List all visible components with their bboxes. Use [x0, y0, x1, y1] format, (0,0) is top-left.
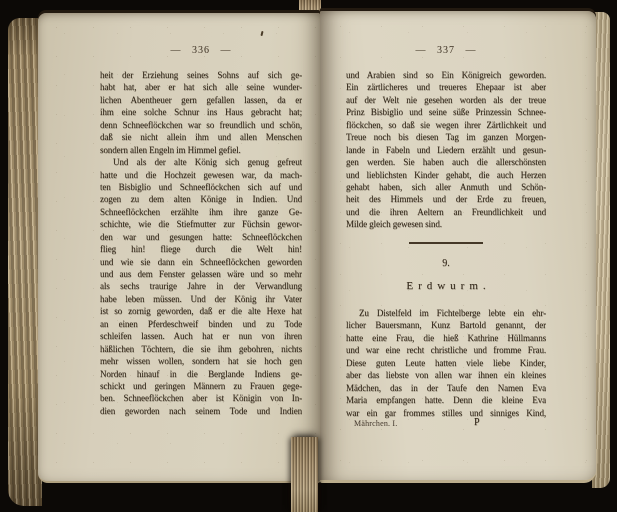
text-line: ten Bisbiglio und Schneeflöckchen sich a… — [100, 181, 302, 193]
text-line: habt hat, aber er hat sich alle seine wu… — [100, 81, 302, 93]
signature-mark: P — [474, 417, 480, 428]
text-line: denn Schneeflöckchen war so freundlich u… — [100, 119, 302, 131]
page-number-left: — 336 — — [100, 45, 302, 56]
text-line: habe leben müssen. Und der König ihr Vat… — [100, 293, 302, 305]
text-line: Zu Distelfeld im Fichtelberge lebte ein … — [346, 307, 546, 319]
text-line: lande in Fabeln und Liedern erzählt und … — [346, 144, 546, 156]
text-line: als sechs traurige Jahre in der Verwandl… — [100, 280, 302, 292]
text-line: Diese guten Leute hatten viele liebe Kin… — [346, 357, 546, 369]
text-line: an einen Pferdeschweif binden und zu Tod… — [100, 318, 302, 330]
section-title: Erdwurm. — [346, 280, 546, 292]
text-line: häßlichen Töchtern, die sie ihm gebohren… — [100, 343, 302, 355]
section-number: 9. — [346, 258, 546, 269]
text-line: auf der Welt nie gesehen worden als der … — [346, 94, 546, 106]
page-text-right-bottom: Zu Distelfeld im Fichtelberge lebte ein … — [346, 307, 546, 419]
text-line: Ein zärtlicheres und treueres Ehepaar is… — [346, 81, 546, 93]
book-scan: — 336 — heit der Erziehung seines Sohns … — [0, 0, 617, 512]
text-line: den war und gesungen hatte: Schneeflöckc… — [100, 231, 302, 243]
text-line: und Arabien sind so Ein Königreich gewor… — [346, 69, 546, 81]
text-line: und aus dem Fenster gelassen wäre und so… — [100, 268, 302, 280]
text-line: dien geworden nach seinem Tode und Indie… — [100, 405, 302, 417]
page-footer: Mährchen. I. P — [346, 417, 546, 430]
text-line: Maria empfangen hatte. Denn die kleine E… — [346, 394, 546, 406]
text-line: und die ihren Aeltern an Freundlichkeit … — [346, 206, 546, 218]
text-line: zogen zu dem alten Könige in Indien. Und — [100, 193, 302, 205]
text-line: und wie sie dann ein Schneeflöckchen gew… — [100, 256, 302, 268]
running-title: Mährchen. I. — [354, 419, 398, 428]
text-line: schichte, wie die Stiefmutter zur Füchsi… — [100, 218, 302, 230]
text-line: ist so zornig geworden, daß er die alte … — [100, 305, 302, 317]
section-divider — [409, 242, 483, 244]
text-line: mehr wissen wollen, sondern hat sie hoch… — [100, 355, 302, 367]
text-line: Schneeflöckchen erzählte ihm ihre ganze … — [100, 206, 302, 218]
text-line: aber das liebste von allen war ihnen ein… — [346, 369, 546, 381]
page-text-right-top: und Arabien sind so Ein Königreich gewor… — [346, 69, 546, 231]
text-line: hatte eine Frau, die hieß Kathrine Hüllm… — [346, 332, 546, 344]
page-right: — 337 — und Arabien sind so Ein Königrei… — [320, 11, 596, 483]
text-line: flöckchen, so daß sie wegen ihrer Zärtli… — [346, 119, 546, 131]
text-line: und lieblichsten Kinder gehabt, die auch… — [346, 169, 546, 181]
text-line: heit des Himmels und der Erde zu freuen, — [346, 193, 546, 205]
text-line: ben. Schneeflöckchen aber ist Königin vo… — [100, 392, 302, 404]
text-line: schickt und geringen Männern zu Frauen g… — [100, 380, 302, 392]
text-line: Mädchen, das in der Taufe den Namen Eva — [346, 382, 546, 394]
text-line: Und als der alte König sich genug gefreu… — [100, 156, 302, 168]
text-line: und war eine recht christliche und fromm… — [346, 344, 546, 356]
book-strap-bottom — [291, 437, 318, 512]
text-line: heit der Erziehung seines Sohns auf sich… — [100, 69, 302, 81]
text-line: gen werden. Sie haben auch die allerschö… — [346, 156, 546, 168]
text-line: Norden hinauf in die Berglande Indiens g… — [100, 368, 302, 380]
page-left: — 336 — heit der Erziehung seines Sohns … — [38, 13, 320, 483]
text-line: hatte und die Hochzeit gewesen war, da m… — [100, 169, 302, 181]
text-line: ihm eine solche Schnur ins Haus gebracht… — [100, 106, 302, 118]
page-number-right: — 337 — — [346, 45, 546, 56]
text-line: Treue noch bis diesen Tag im ganzen Morg… — [346, 131, 546, 143]
text-line: gehabt haben, sich aller Anmuth und Schö… — [346, 181, 546, 193]
text-line: Prinz Bisbiglio und seine süße Prinzessi… — [346, 106, 546, 118]
text-line: schleifen lassen. Auch hat er nun von ih… — [100, 330, 302, 342]
page-text-left: heit der Erziehung seines Sohns auf sich… — [100, 69, 302, 417]
text-line: daß sie nicht allein ihm und allen Mensc… — [100, 131, 302, 143]
text-line: lichen Abentheuer gern gefallen lassen, … — [100, 94, 302, 106]
page-edges-left — [8, 18, 42, 506]
text-line: sondern allen Engeln im Himmel gefiel. — [100, 144, 302, 156]
text-line: Milde gleich gewesen sind. — [346, 218, 546, 230]
text-line: flieg hin! fliege durch die Welt hin! — [100, 243, 302, 255]
text-line: licher Bauersmann, Kunz Bartold genannt,… — [346, 319, 546, 331]
